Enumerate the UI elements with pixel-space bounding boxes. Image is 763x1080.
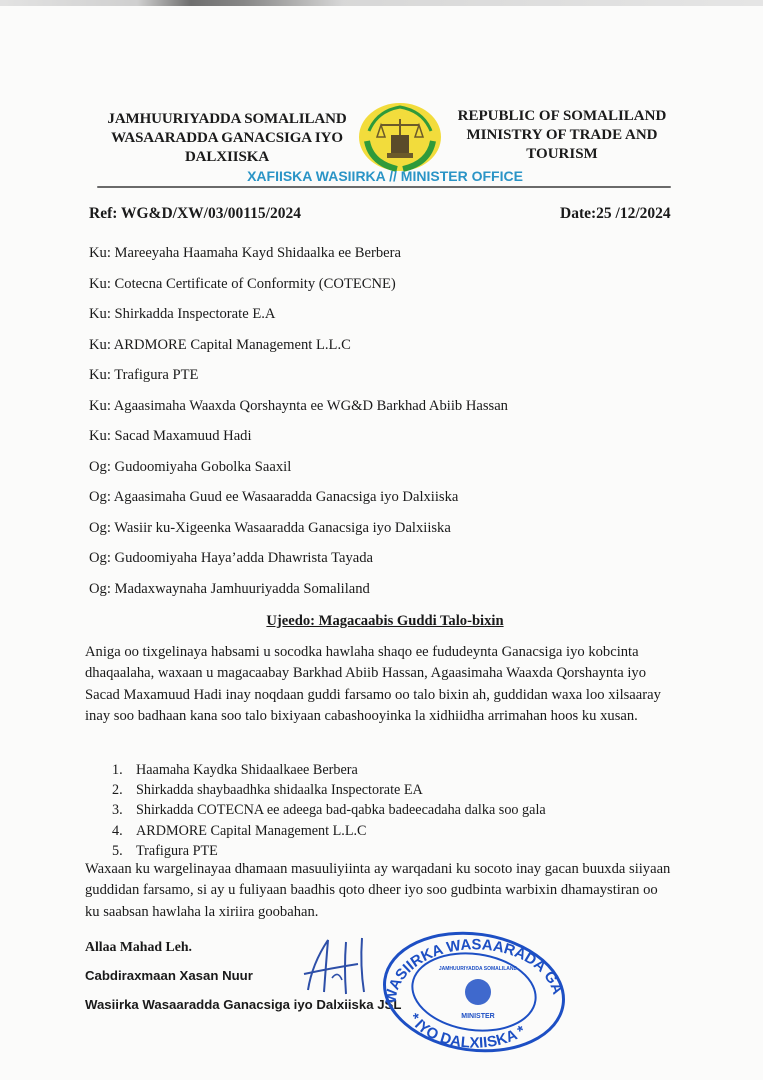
header-somali-line: JAMHUURIYADDA SOMALILAND — [96, 110, 358, 129]
matters-list-item: 2.Shirkadda shaybaadhka shidaalka Inspec… — [112, 780, 546, 800]
recipient-item: Ku: Sacad Maxamuud Hadi — [89, 426, 508, 457]
recipient-item: Ku: ARDMORE Capital Management L.L.C — [89, 335, 508, 366]
recipient-item: Ku: Agaasimaha Waaxda Qorshaynta ee WG&D… — [89, 396, 508, 427]
ministry-stamp-icon: WASIIRKA WASAARADA GANACSIGA * IYO DALXI… — [378, 926, 568, 1054]
cc-item: Og: Gudoomiyaha Gobolka Saaxil — [89, 457, 508, 488]
recipient-list: Ku: Mareeyaha Haamaha Kayd Shidaalka ee … — [89, 243, 508, 609]
cc-item: Og: Gudoomiyaha Haya’adda Dhawrista Taya… — [89, 548, 508, 579]
somaliland-coat-of-arms-icon — [357, 101, 443, 173]
body-paragraph-2: Waxaan ku wargelinayaa dhamaan masuuliyi… — [85, 859, 675, 923]
recipient-item: Ku: Cotecna Certificate of Conformity (C… — [89, 274, 508, 305]
matters-list-item: 3.Shirkadda COTECNA ee adeega bad-qabka … — [112, 800, 546, 820]
cc-item: Og: Agaasimaha Guud ee Wasaaradda Ganacs… — [89, 487, 508, 518]
body-paragraph-1: Aniga oo tixgelinaya habsami u socodka h… — [85, 642, 675, 727]
stamp-inner-top: JAMHUURIYADDA SOMALILAND — [439, 966, 518, 972]
recipient-item: Ku: Mareeyaha Haamaha Kayd Shidaalka ee … — [89, 243, 508, 274]
header-divider — [97, 186, 671, 188]
cc-item: Og: Wasiir ku-Xigeenka Wasaaradda Ganacs… — [89, 518, 508, 549]
header-english: REPUBLIC OF SOMALILAND MINISTRY OF TRADE… — [452, 107, 672, 164]
recipient-item: Ku: Shirkadda Inspectorate E.A — [89, 304, 508, 335]
header-english-line: TOURISM — [452, 145, 672, 164]
matters-list: 1.Haamaha Kaydka Shidaalkaee Berbera 2.S… — [112, 760, 546, 861]
header-somali-line: DALXIISKA — [96, 148, 358, 167]
subject-line: Ujeedo: Magacaabis Guddi Talo-bixin — [80, 613, 690, 630]
reference-number: Ref: WG&D/XW/03/00115/2024 — [89, 205, 301, 223]
cc-item: Og: Madaxwaynaha Jamhuuriyadda Somalilan… — [89, 579, 508, 610]
header-somali-line: WASAARADDA GANACSIGA IYO — [96, 129, 358, 148]
signatory-title: Wasiirka Wasaaradda Ganacsiga iyo Dalxii… — [85, 997, 401, 1026]
header-english-line: MINISTRY OF TRADE AND — [452, 126, 672, 145]
matters-list-item: 4.ARDMORE Capital Management L.L.C — [112, 821, 546, 841]
signature-icon — [302, 934, 380, 998]
scan-edge — [0, 0, 763, 6]
matters-list-item: 5.Trafigura PTE — [112, 841, 546, 861]
header-somali: JAMHUURIYADDA SOMALILAND WASAARADDA GANA… — [96, 110, 358, 167]
minister-office-label: XAFIISKA WASIIRKA // MINISTER OFFICE — [80, 168, 690, 184]
recipient-item: Ku: Trafigura PTE — [89, 365, 508, 396]
matters-list-item: 1.Haamaha Kaydka Shidaalkaee Berbera — [112, 760, 546, 780]
letter-date: Date:25 /12/2024 — [560, 205, 671, 223]
stamp-inner-bottom: MINISTER — [461, 1013, 494, 1020]
header-english-line: REPUBLIC OF SOMALILAND — [452, 107, 672, 126]
